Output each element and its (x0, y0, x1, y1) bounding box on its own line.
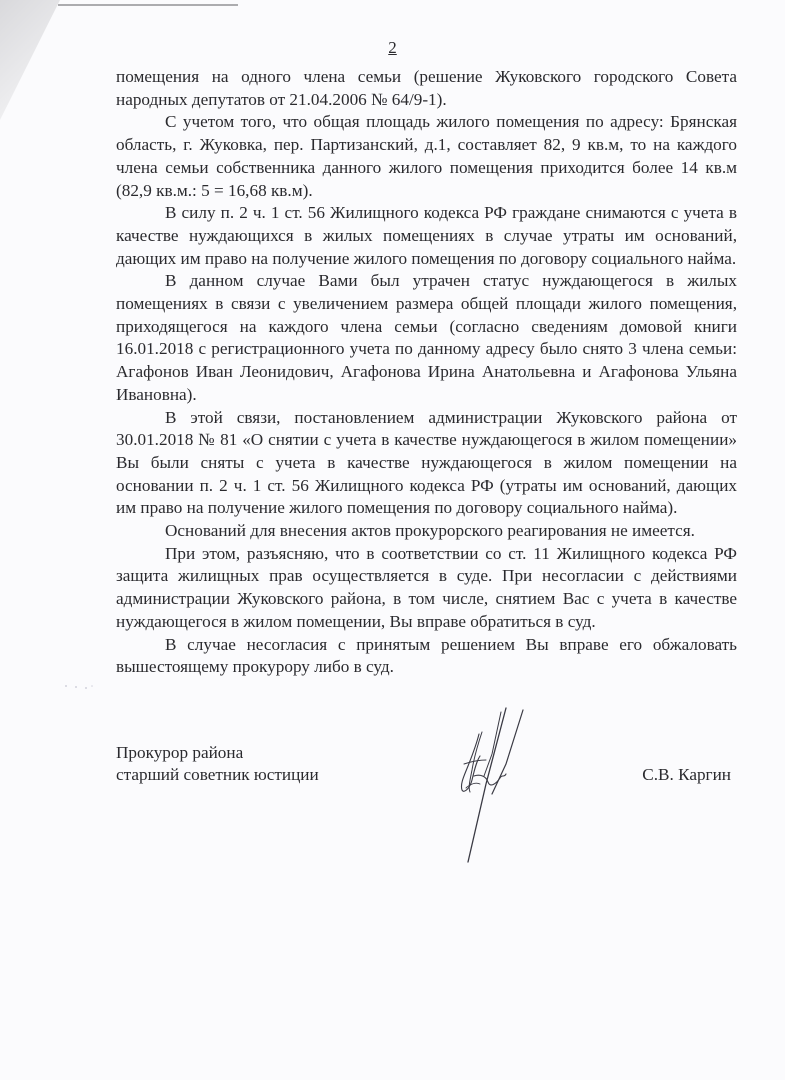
letter-body: помещения на одного члена семьи (решение… (116, 66, 737, 679)
paragraph-area-calculation: С учетом того, что общая площадь жилого … (116, 111, 737, 202)
paragraph-continuation: помещения на одного члена семьи (решение… (116, 66, 737, 111)
paragraph-status-lost: В данном случае Вами был утрачен статус … (116, 270, 737, 406)
paragraph-court-explanation: При этом, разъясняю, что в соответствии … (116, 543, 737, 634)
signer-name: С.В. Каргин (642, 764, 731, 786)
scan-edge-shadow (0, 0, 60, 120)
signature-icon (446, 704, 546, 874)
paragraph-administration-resolution: В этой связи, постановлением администрац… (116, 407, 737, 521)
signer-rank: старший советник юстиции (116, 764, 319, 786)
scan-edge-line (58, 4, 238, 6)
signer-title: Прокурор района старший советник юстиции (116, 742, 319, 786)
paragraph-legal-basis: В силу п. 2 ч. 1 ст. 56 Жилищного кодекс… (116, 202, 737, 270)
paragraph-no-grounds: Оснований для внесения актов прокурорско… (116, 520, 737, 543)
signature-block: Прокурор района старший советник юстиции… (116, 742, 737, 882)
paragraph-appeal-right: В случае несогласия с принятым решением … (116, 634, 737, 679)
page-number: 2 (0, 38, 785, 58)
scan-speck (62, 683, 96, 691)
signer-position: Прокурор района (116, 742, 319, 764)
